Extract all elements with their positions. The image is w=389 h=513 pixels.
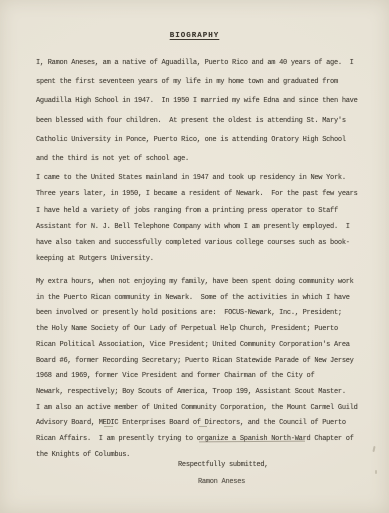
paper-speck [375, 470, 377, 474]
biography-paragraph-3: My extra hours, when not enjoying my fam… [36, 275, 366, 463]
document-title-text: BIOGRAPHY [170, 32, 220, 40]
closing-salutation: Respectfully submitted, [178, 461, 268, 469]
document-title: BIOGRAPHY [0, 32, 389, 40]
pencil-dash-mark [104, 426, 113, 427]
biography-paragraph-1: I, Ramon Aneses, am a native of Aguadill… [36, 54, 366, 169]
scanned-document-page: BIOGRAPHY I, Ramon Aneses, am a native o… [0, 0, 389, 513]
signature-name: Ramon Aneses [198, 478, 245, 486]
paper-speck [372, 446, 375, 452]
pencil-dash-mark [199, 426, 207, 427]
biography-paragraph-2: I came to the United States mainland in … [36, 170, 366, 268]
